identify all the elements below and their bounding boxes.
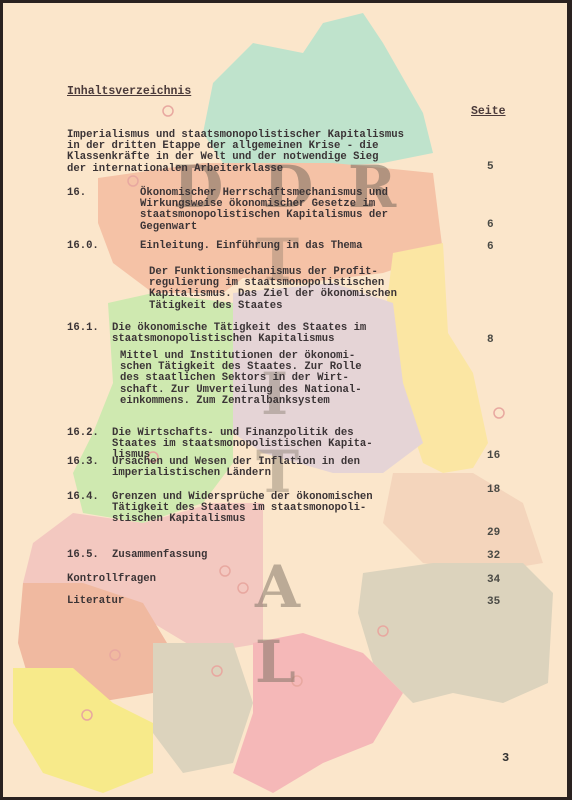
entry-title-line: Einleitung. Einführung in das Thema (140, 241, 363, 252)
entry-title-line: der internationalen Arbeiterklasse (67, 164, 283, 175)
entry-title-line: Staates im staatsmonopolistischen Kapita… (112, 439, 373, 450)
entry-title-line: Literatur (67, 596, 124, 607)
toc-title: Inhaltsverzeichnis (67, 85, 191, 98)
section-number: 16.0. (67, 241, 99, 252)
entry-page-number: 34 (487, 574, 500, 586)
section-number: 16.3. (67, 457, 99, 468)
entry-title-line: Kapitalismus. Das Ziel der ökonomischen (149, 289, 397, 300)
entry-title-line: Zusammenfassung (112, 550, 207, 561)
entry-page-number: 32 (487, 550, 500, 562)
entry-title-line: staatsmonopolistischen Kapitalismus (112, 334, 335, 345)
section-number: 16.2. (67, 428, 99, 439)
entry-page-number: 18 (487, 484, 500, 496)
entry-page-number: 29 (487, 527, 500, 539)
section-number: 16. (67, 188, 86, 199)
entry-title-line: Klassenkräfte in der Welt und der notwen… (67, 152, 379, 163)
entry-page-number: 8 (487, 334, 494, 346)
entry-page-number: 5 (487, 161, 494, 173)
entry-title-line: Tätigkeit des Staates (149, 301, 283, 312)
entry-page-number: 6 (487, 219, 494, 231)
entry-page-number: 6 (487, 241, 494, 253)
entry-title-line: Gegenwart (140, 222, 197, 233)
section-number: 16.1. (67, 323, 99, 334)
entry-page-number: 16 (487, 450, 500, 462)
entry-title-line: imperialistischen Ländern (112, 468, 271, 479)
entry-title-line: stischen Kapitalismus (112, 514, 246, 525)
entry-title-line: Kontrollfragen (67, 574, 156, 585)
entry-title-line: des staatlichen Sektors in der Wirt- (120, 373, 349, 384)
entry-page-number: 35 (487, 596, 500, 608)
entry-title-line: staatsmonopolistischen Kapitalismus der (140, 210, 388, 221)
section-number: 16.4. (67, 492, 99, 503)
stamp-letter: A (255, 558, 300, 616)
page-number: 3 (502, 751, 509, 765)
section-number: 16.5. (67, 550, 99, 561)
entry-title-line: einkommens. Zum Zentralbanksystem (120, 396, 330, 407)
document-page: D D R T I T A L Inhaltsverzeichnis Seite… (3, 3, 567, 797)
page-column-header: Seite (471, 105, 506, 118)
stamp-letter: L (255, 633, 296, 691)
